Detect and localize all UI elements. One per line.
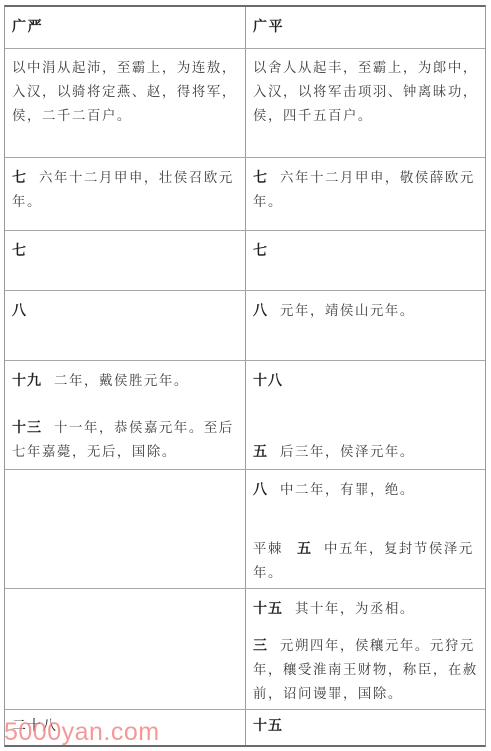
table-cell: 十八 五后三年，侯泽元年。 [246,361,485,469]
table-cell: 以中涓从起沛，至霸上，为连敖，入汉，以骑将定燕、赵，得将军，侯，二千二百户。 [5,49,246,157]
cell-text: 以舍人从起丰，至霸上，为郎中，入汉，以将军击项羽、钟离昧功，侯，四千五百户。 [253,61,478,124]
table-row: 二十八 十五 [5,709,485,745]
reign-count: 十五 [253,718,283,734]
cell-entry: 十三十一年，恭侯嘉元年。至后七年嘉薨，无后，国除。 [12,416,239,465]
cell-text: 元年，靖侯山元年。 [280,304,415,319]
reign-count: 八 [253,303,268,319]
table-cell [5,589,246,709]
reign-count: 八 [253,482,268,498]
cell-entry: 三元朔四年，侯穰元年。元狩元年，穰受淮南王财物，称臣，在赦前，诏问谩罪，国除。 [253,634,479,707]
table-cell: 七六年十二月甲申，敬侯薛欧元年。 [246,158,485,230]
cell-entry: 八中二年，有罪，绝。 [253,478,479,503]
reign-count: 八 [12,303,27,319]
reign-count: 七 [253,243,268,259]
table-header-row: 广严 广平 [5,7,485,48]
fief-name: 平棘 [253,542,283,557]
table-cell [5,470,246,588]
table-row: 十五其十年，为丞相。 三元朔四年，侯穰元年。元狩元年，穰受淮南王财物，称臣，在赦… [5,588,485,709]
table-row: 八 八元年，靖侯山元年。 [5,290,485,360]
cell-entry: 十五其十年，为丞相。 [253,597,479,622]
reign-count: 十九 [12,373,42,389]
reign-count: 十五 [253,601,283,617]
reign-count: 五 [297,541,312,557]
cell-text: 十一年，恭侯嘉元年。至后七年嘉薨，无后，国除。 [12,421,234,460]
table-row: 十九二年，戴侯胜元年。 十三十一年，恭侯嘉元年。至后七年嘉薨，无后，国除。 十八… [5,360,485,469]
table-row: 七六年十二月甲申，壮侯召欧元年。 七六年十二月甲申，敬侯薛欧元年。 [5,157,485,230]
table-row: 八中二年，有罪，绝。 平棘五中五年，复封节侯泽元年。 [5,469,485,588]
table-cell: 八元年，靖侯山元年。 [246,291,485,360]
reign-count: 十八 [253,373,283,389]
cell-text: 后三年，侯泽元年。 [280,445,415,460]
header-label: 广严 [12,19,43,35]
table-cell: 以舍人从起丰，至霸上，为郎中，入汉，以将军击项羽、钟离昧功，侯，四千五百户。 [246,49,485,157]
cell-entry: 平棘五中五年，复封节侯泽元年。 [253,537,479,586]
cell-text: 二年，戴侯胜元年。 [54,374,189,389]
historical-table: 广严 广平 以中涓从起沛，至霸上，为连敖，入汉，以骑将定燕、赵，得将军，侯，二千… [4,5,486,747]
cell-entry: 五后三年，侯泽元年。 [253,440,479,465]
reign-count: 七 [12,170,27,186]
table-cell: 八 [5,291,246,360]
cell-text: 六年十二月甲申，壮侯召欧元年。 [12,171,234,210]
reign-count: 五 [253,444,268,460]
table-cell: 八中二年，有罪，绝。 平棘五中五年，复封节侯泽元年。 [246,470,485,588]
table-row: 七 七 [5,230,485,290]
table-cell: 二十八 [5,710,246,745]
table-cell: 七 [246,231,485,290]
table-cell: 七六年十二月甲申，壮侯召欧元年。 [5,158,246,230]
cell-entry: 十九二年，戴侯胜元年。 [12,369,239,394]
reign-count: 三 [253,638,268,654]
header-label: 广平 [253,19,284,35]
cell-text: 中二年，有罪，绝。 [280,483,415,498]
reign-count: 七 [253,170,268,186]
table-cell: 十五其十年，为丞相。 三元朔四年，侯穰元年。元狩元年，穰受淮南王财物，称臣，在赦… [246,589,485,709]
cell-text: 其十年，为丞相。 [295,602,415,617]
header-cell-guangyan: 广严 [5,7,246,48]
cell-entry: 十八 [253,369,479,394]
header-cell-guangping: 广平 [246,7,485,48]
table-row: 以中涓从起沛，至霸上，为连敖，入汉，以骑将定燕、赵，得将军，侯，二千二百户。 以… [5,48,485,157]
cell-text: 六年十二月甲申，敬侯薛欧元年。 [253,171,475,210]
table-cell: 十九二年，戴侯胜元年。 十三十一年，恭侯嘉元年。至后七年嘉薨，无后，国除。 [5,361,246,469]
cell-text: 以中涓从起沛，至霸上，为连敖，入汉，以骑将定燕、赵，得将军，侯，二千二百户。 [12,61,237,124]
cell-text: 中五年，复封节侯泽元年。 [253,542,474,581]
table-cell: 十五 [246,710,485,745]
table-cell: 七 [5,231,246,290]
reign-count: 二十八 [12,718,57,734]
reign-count: 七 [12,243,27,259]
cell-text: 元朔四年，侯穰元年。元狩元年，穰受淮南王财物，称臣，在赦前，诏问谩罪，国除。 [253,639,478,702]
reign-count: 十三 [12,420,42,436]
